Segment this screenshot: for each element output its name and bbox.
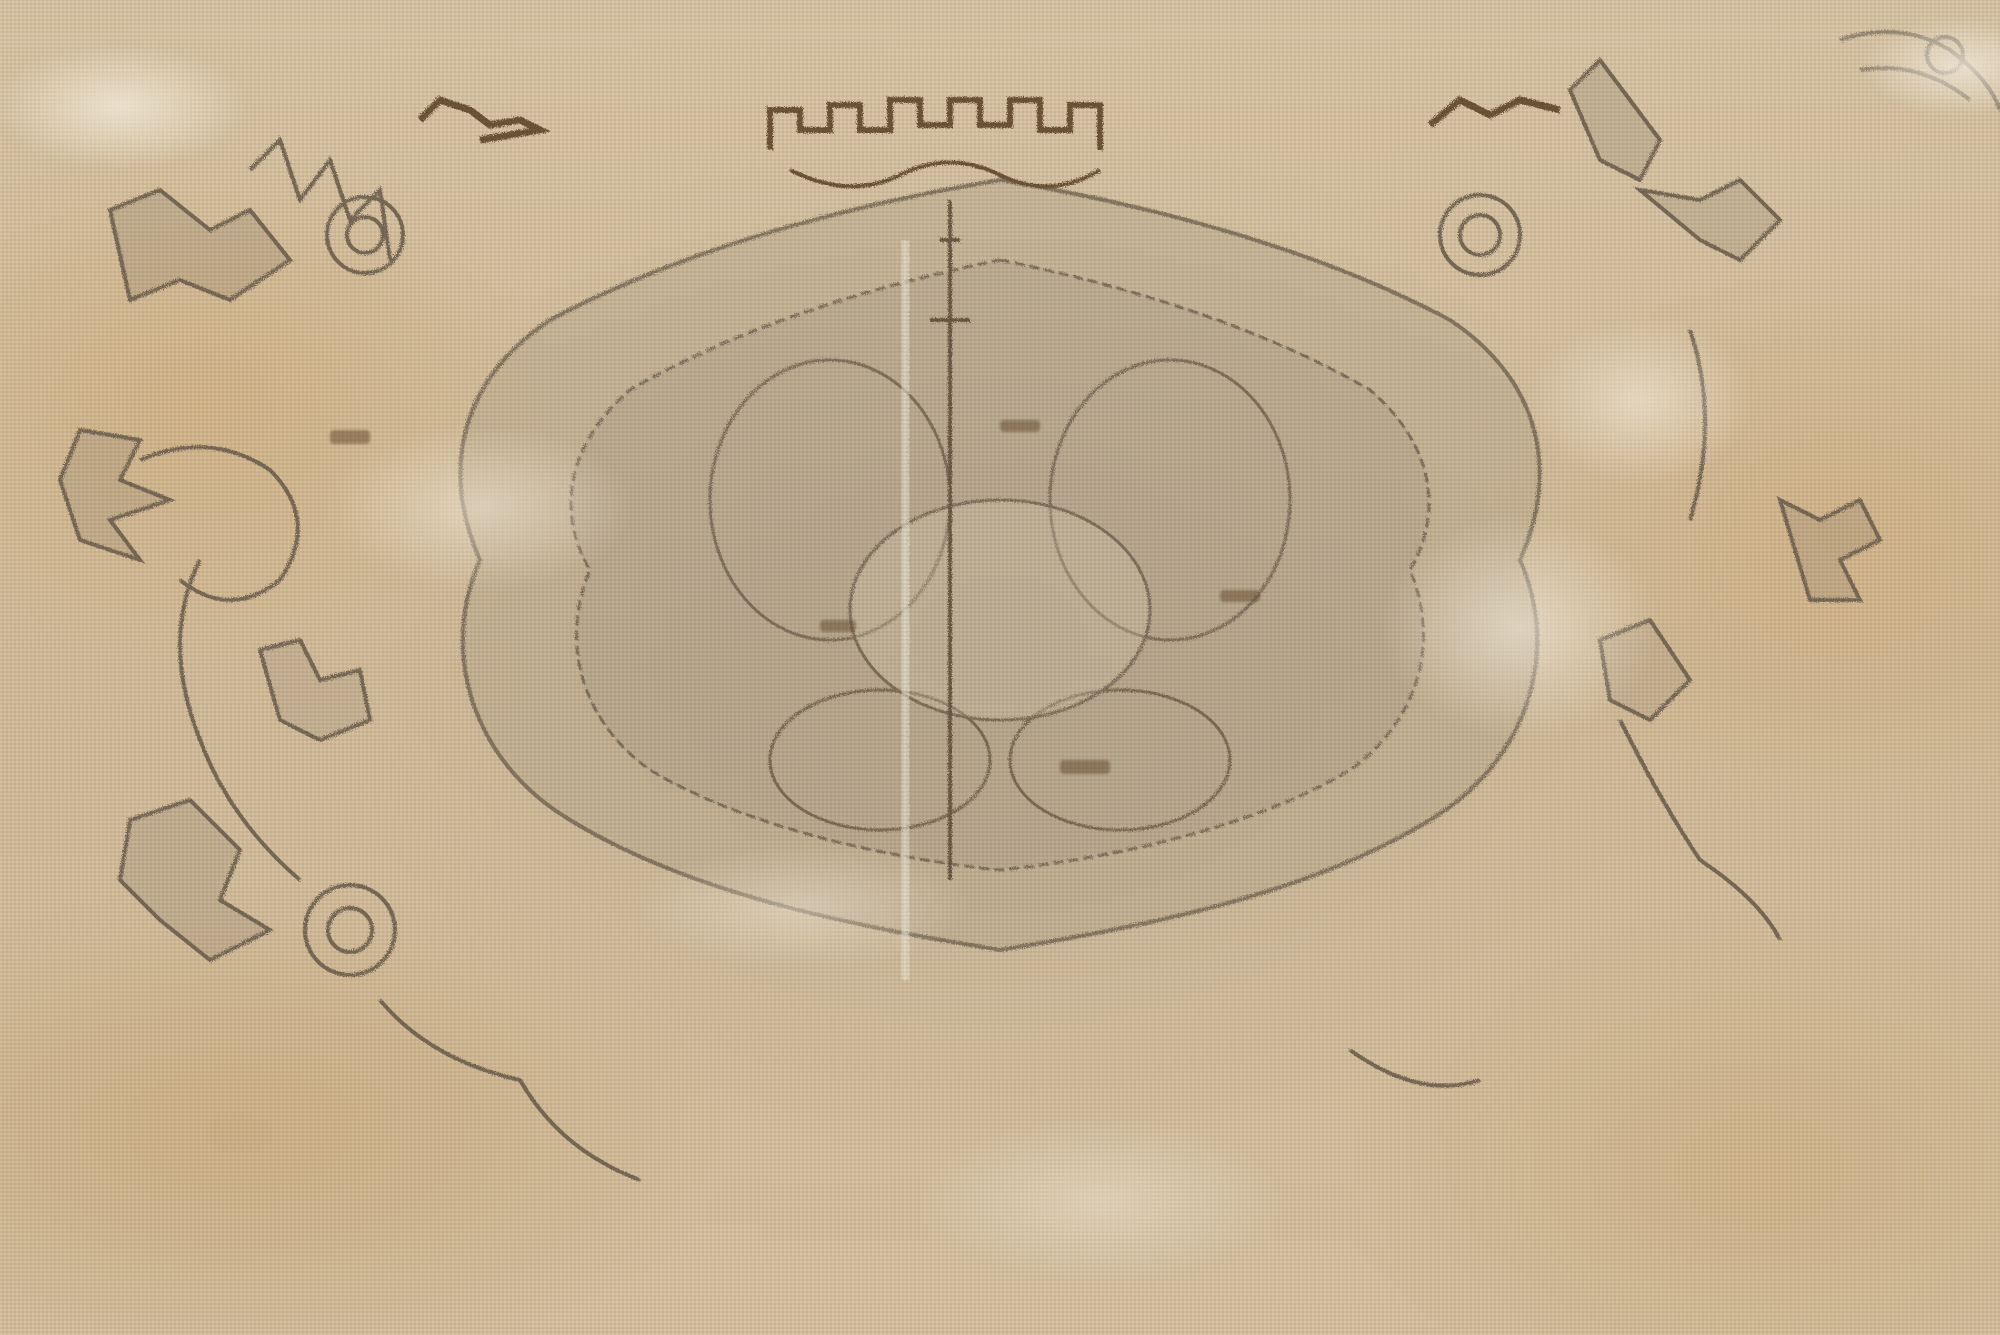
top-crown — [770, 100, 1100, 186]
rug-pattern — [0, 0, 2000, 1335]
corner-ornament-top-right — [1840, 32, 2000, 110]
rug-photo: Distressed vintage rug with central flor… — [0, 0, 2000, 1335]
central-medallion — [460, 180, 1539, 950]
